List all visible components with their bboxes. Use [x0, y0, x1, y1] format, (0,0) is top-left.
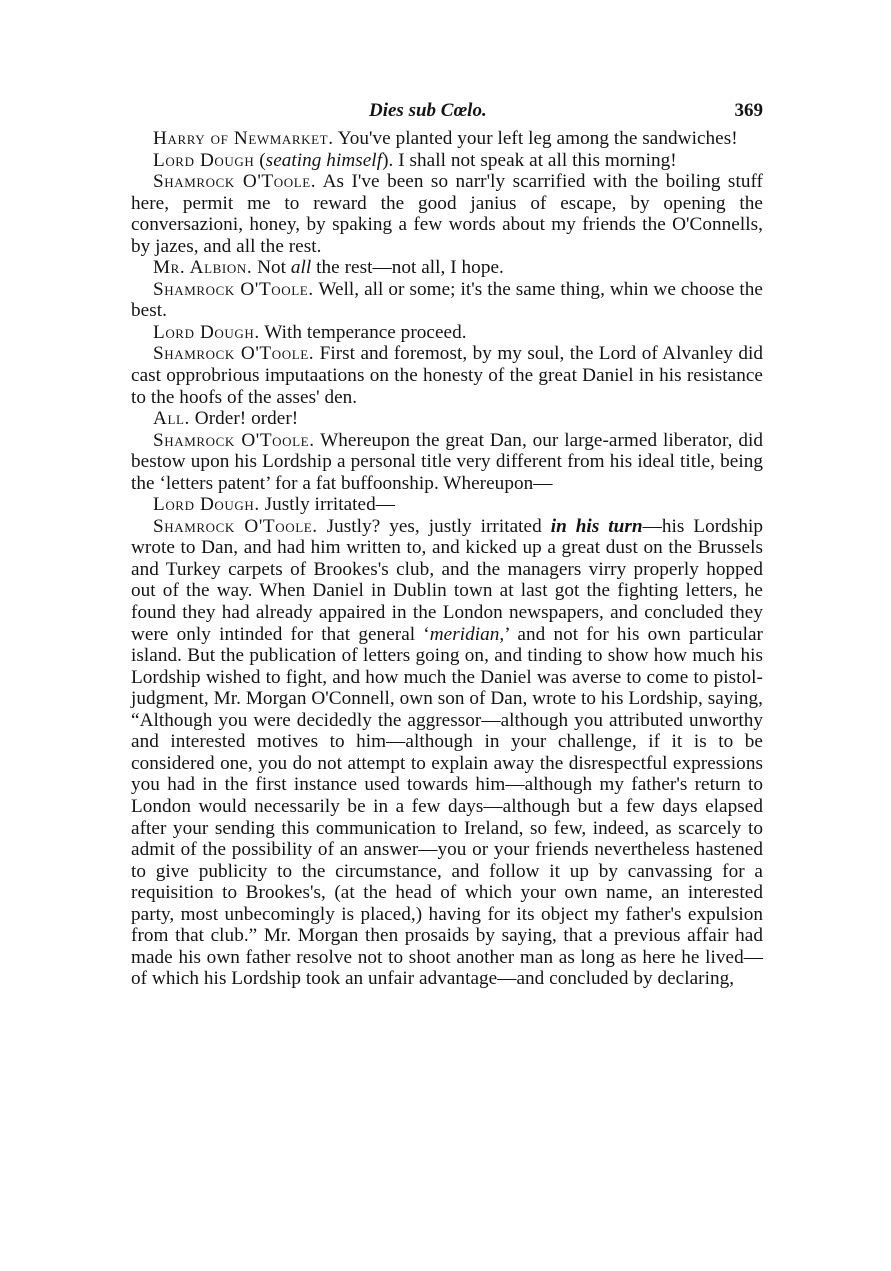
speech-text: Order! order! — [190, 408, 298, 429]
speaker-name: Shamrock O'Toole. — [153, 430, 315, 451]
stage-direction: seating himself — [266, 150, 382, 171]
speaker-name: Lord Dough. — [153, 494, 260, 515]
paragraph-all-1: All. Order! order! — [131, 408, 763, 430]
speaker-name: Lord Dough. — [153, 322, 260, 343]
paragraph-shamrock-4: Shamrock O'Toole. Whereupon the great Da… — [131, 430, 763, 495]
body-text: Harry of Newmarket. You've planted your … — [131, 128, 763, 990]
paragraph-lord-dough-1: Lord Dough (seating himself). I shall no… — [131, 150, 763, 172]
speech-text: the rest—not all, I hope. — [311, 257, 504, 278]
paragraph-shamrock-5: Shamrock O'Toole. Justly? yes, justly ir… — [131, 516, 763, 990]
speech-text: ( — [254, 150, 265, 171]
paragraph-albion-1: Mr. Albion. Not all the rest—not all, I … — [131, 257, 763, 279]
speech-text: Justly? yes, justly irritated — [318, 516, 551, 537]
speaker-name: Lord Dough — [153, 150, 254, 171]
paragraph-lord-dough-3: Lord Dough. Justly irritated— — [131, 494, 763, 516]
speech-text: Not — [252, 257, 291, 278]
emphasis-text: all — [291, 257, 311, 278]
speaker-name: All. — [153, 408, 190, 429]
speech-text: You've planted your left leg among the s… — [334, 128, 738, 149]
paragraph-shamrock-1: Shamrock O'Toole. As I've been so narr'l… — [131, 171, 763, 257]
paragraph-shamrock-3: Shamrock O'Toole. First and foremost, by… — [131, 343, 763, 408]
paragraph-harry-1: Harry of Newmarket. You've planted your … — [131, 128, 763, 150]
speech-text: ’ and not for his own particular island.… — [131, 624, 763, 990]
speech-text: With temperance proceed. — [260, 322, 467, 343]
speaker-name: Shamrock O'Toole. — [153, 279, 314, 300]
emphasis-text: in his turn — [551, 516, 643, 537]
speech-text: Justly irritated— — [260, 494, 395, 515]
emphasis-text: meridian, — [430, 624, 505, 645]
speaker-name: Mr. Albion. — [153, 257, 252, 278]
book-page: Dies sub Cœlo. 369 Harry of Newmarket. Y… — [131, 100, 763, 990]
paragraph-shamrock-2: Shamrock O'Toole. Well, all or some; it'… — [131, 279, 763, 322]
speaker-name: Shamrock O'Toole. — [153, 516, 318, 537]
page-number: 369 — [735, 100, 764, 122]
speaker-name: Shamrock O'Toole. — [153, 343, 314, 364]
paragraph-lord-dough-2: Lord Dough. With temperance proceed. — [131, 322, 763, 344]
speech-text: ). I shall not speak at all this morning… — [382, 150, 677, 171]
running-title: Dies sub Cœlo. — [369, 100, 487, 122]
speaker-name: Harry of Newmarket. — [153, 128, 334, 149]
speaker-name: Shamrock O'Toole. — [153, 171, 316, 192]
running-head: Dies sub Cœlo. 369 — [131, 100, 763, 128]
